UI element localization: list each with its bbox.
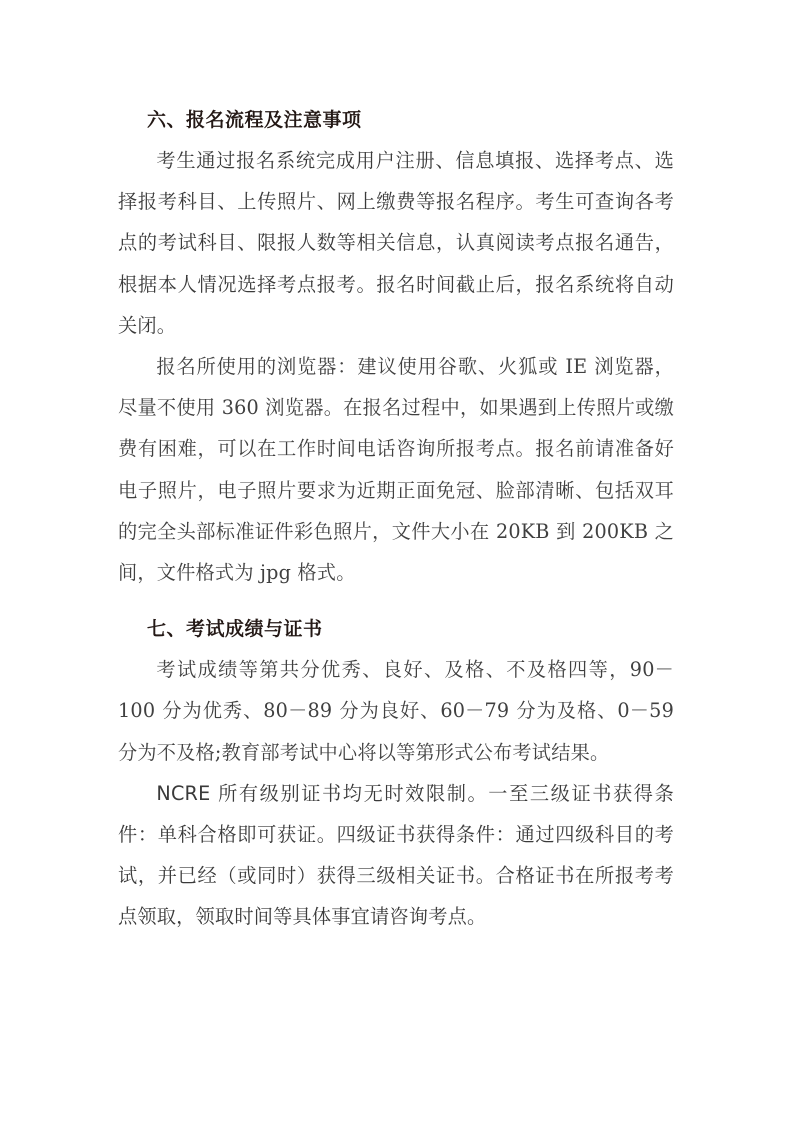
section-heading: 六、报名流程及注意事项 — [118, 104, 674, 136]
paragraph-lead-text: 报名所使用的浏览器：建议使用谷歌、火狐或 — [156, 355, 558, 378]
paragraph-lead-text: 考试成绩等第共分优秀、良好、及格、不及格四等， — [156, 658, 629, 681]
section-heading: 七、考试成绩与证书 — [118, 613, 674, 645]
document-page: 六、报名流程及注意事项 考生通过报名系统完成用户注册、信息填报、选择考点、选择报… — [118, 104, 674, 938]
paragraph-browser-and-photo-requirements: 报名所使用的浏览器：建议使用谷歌、火狐或 IE 浏览器，尽量不使用 360 浏览… — [118, 346, 674, 593]
paragraph-body-text: IE 浏览器，尽量不使用 360 浏览器。在报名过程中，如果遇到上传照片或缴费有… — [118, 355, 674, 584]
section-scores-and-certificates: 七、考试成绩与证书 考试成绩等第共分优秀、良好、及格、不及格四等，90－100 … — [118, 613, 674, 937]
paragraph-score-grades: 考试成绩等第共分优秀、良好、及格、不及格四等，90－100 分为优秀、80－89… — [118, 649, 674, 773]
paragraph-registration-steps: 考生通过报名系统完成用户注册、信息填报、选择考点、选择报考科目、上传照片、网上缴… — [118, 140, 674, 346]
paragraph-certificate-conditions: NCRE 所有级别证书均无时效限制。一至三级证书获得条件：单科合格即可获证。四级… — [118, 773, 674, 938]
section-registration-process: 六、报名流程及注意事项 考生通过报名系统完成用户注册、信息填报、选择考点、选择报… — [118, 104, 674, 593]
